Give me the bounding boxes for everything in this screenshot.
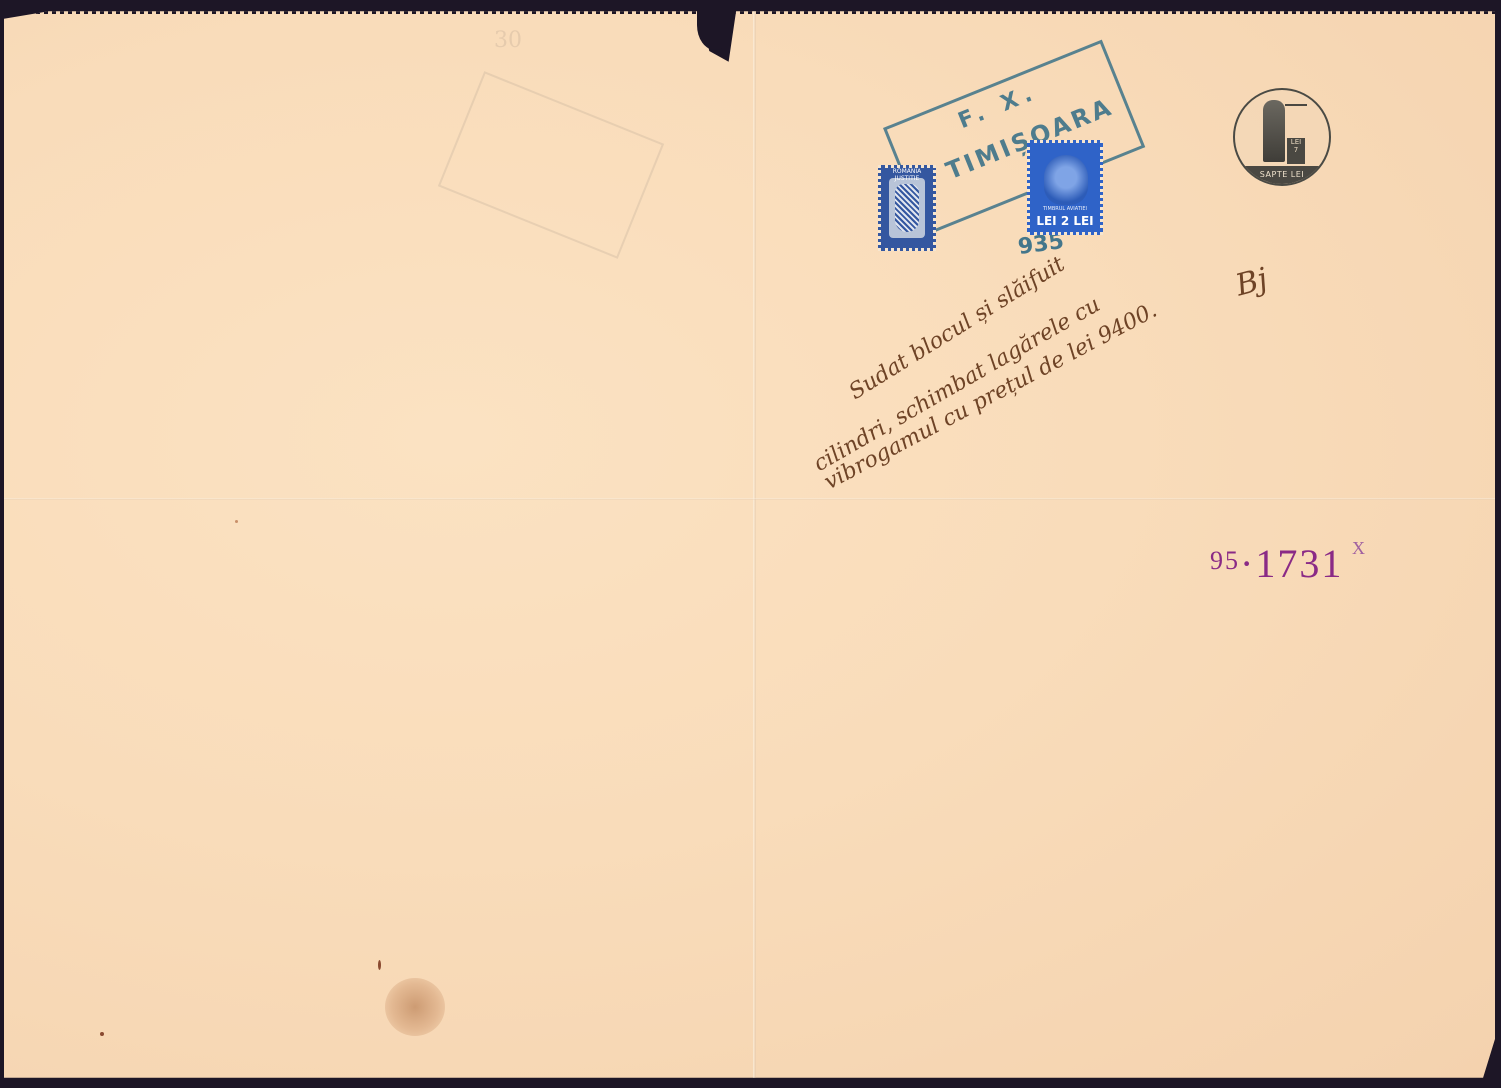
stamp-caption: TIMBRUL AVIATIEI <box>1030 206 1100 212</box>
aviator-portrait-icon <box>1044 155 1088 205</box>
brown-stain <box>385 978 445 1036</box>
fiscal-value-number: 7 <box>1287 146 1305 154</box>
ink-speck <box>235 520 238 523</box>
registration-suffix: X <box>1352 538 1365 559</box>
fiscal-value-label: LEI <box>1287 138 1305 146</box>
romania-justitie-stamp: ROMANIA JUSTITIE <box>878 165 936 251</box>
registration-prefix: 95 <box>1210 546 1240 575</box>
ghost-text: 30 <box>494 28 522 53</box>
justice-figure-icon <box>1263 100 1285 162</box>
fiscal-value-pedestal: LEI 7 <box>1287 138 1305 164</box>
ghost-stamp-impression <box>438 71 664 259</box>
registration-number-stamp: 95·1731 <box>1210 540 1343 587</box>
torn-notch <box>697 0 733 50</box>
fiscal-stamp: LEI 7 SAPTE LEI <box>1233 88 1331 186</box>
ink-speck <box>100 1032 104 1036</box>
scales-icon <box>1285 104 1307 126</box>
stamp-value: LEI 2 LEI <box>1030 214 1100 228</box>
coat-of-arms-icon <box>895 184 919 232</box>
stamp-label: ROMANIA JUSTITIE <box>881 168 933 182</box>
vertical-fold <box>753 8 756 1082</box>
perforated-edge <box>4 8 1495 14</box>
registration-number: 1731 <box>1255 541 1343 586</box>
timbrul-aviatiei-stamp: TIMBRUL AVIATIEI LEI 2 LEI <box>1027 140 1103 235</box>
fiscal-stamp-label: SAPTE LEI <box>1235 166 1329 184</box>
horizontal-fold <box>4 498 1495 500</box>
ink-speck <box>378 960 381 970</box>
